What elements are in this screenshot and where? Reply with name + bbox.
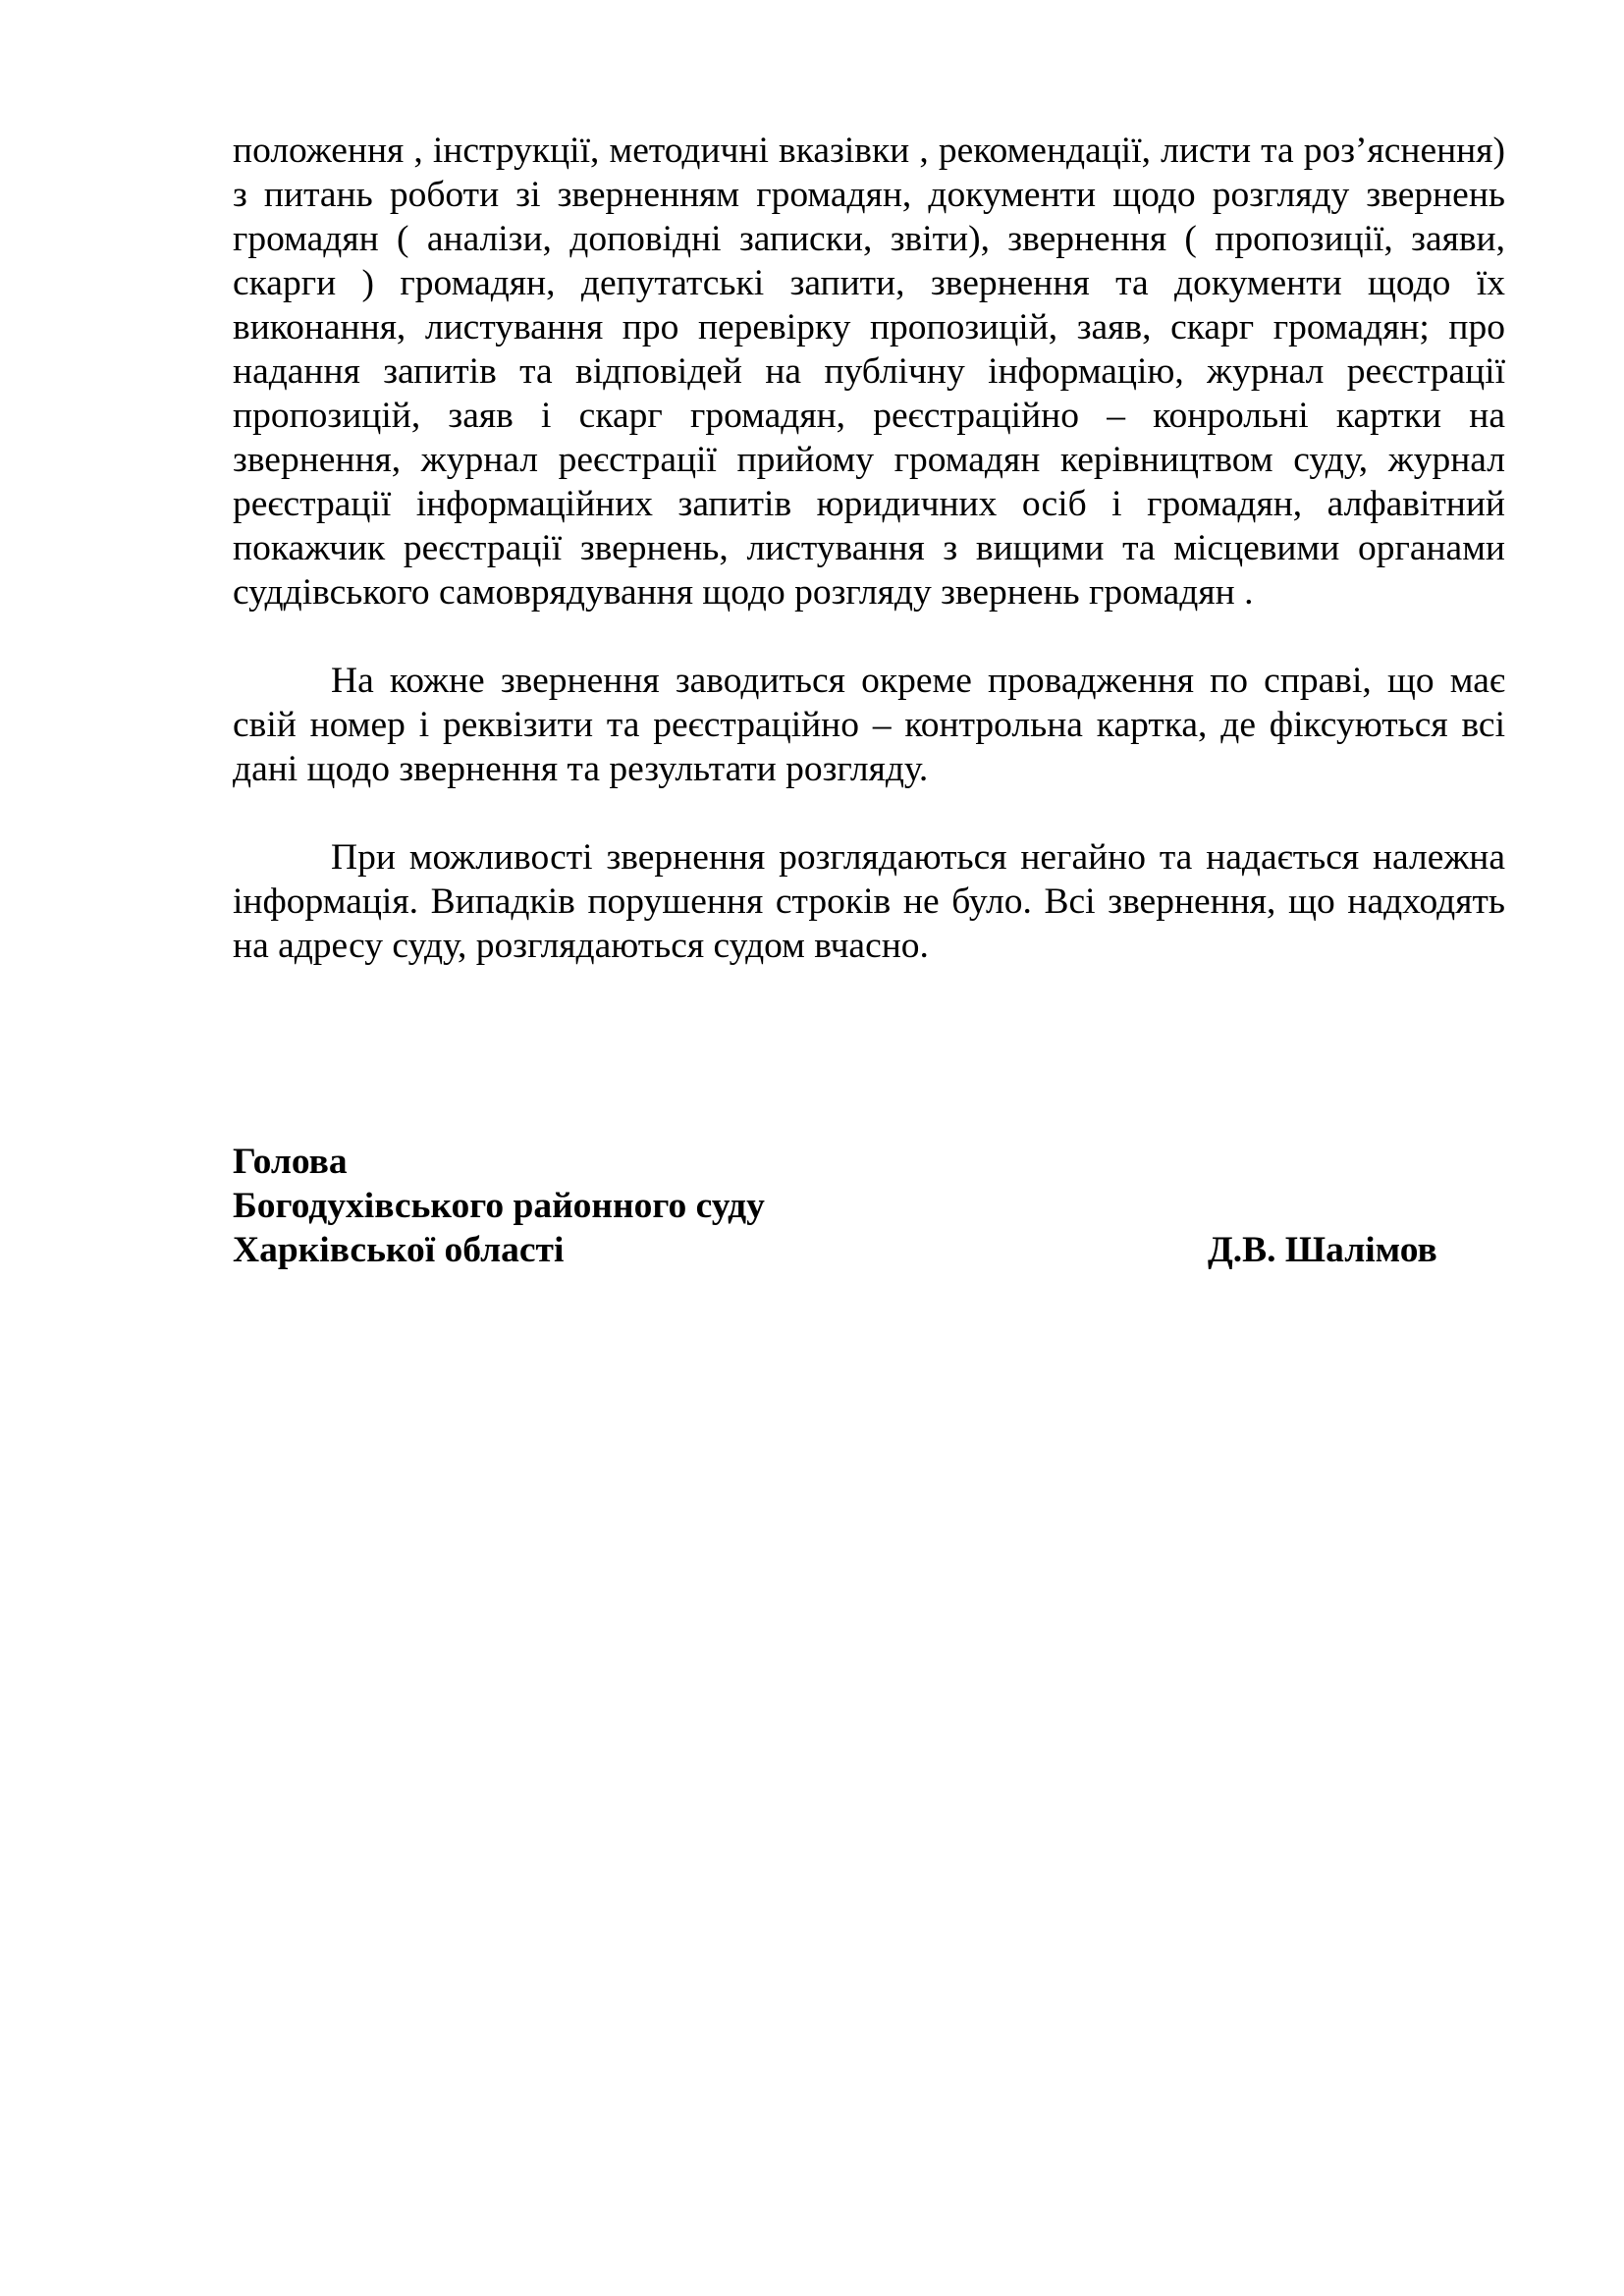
- signature-last-row: Харківської області Д.В. Шалімов: [233, 1228, 1505, 1272]
- signature-title-position: Голова: [233, 1140, 1505, 1184]
- signatory-name: Д.В. Шалімов: [1208, 1228, 1437, 1272]
- signature-block: Голова Богодухівського районного суду Ха…: [233, 1140, 1505, 1272]
- paragraph-timeliness: При можливості звернення розглядаються н…: [233, 835, 1505, 968]
- paragraph-registration-card: На кожне звернення заводиться окреме про…: [233, 659, 1505, 791]
- document-body: положення , інструкції, методичні вказів…: [233, 129, 1505, 968]
- paragraph-document-list: положення , інструкції, методичні вказів…: [233, 129, 1505, 614]
- signature-title-court: Богодухівського районного суду: [233, 1184, 1505, 1228]
